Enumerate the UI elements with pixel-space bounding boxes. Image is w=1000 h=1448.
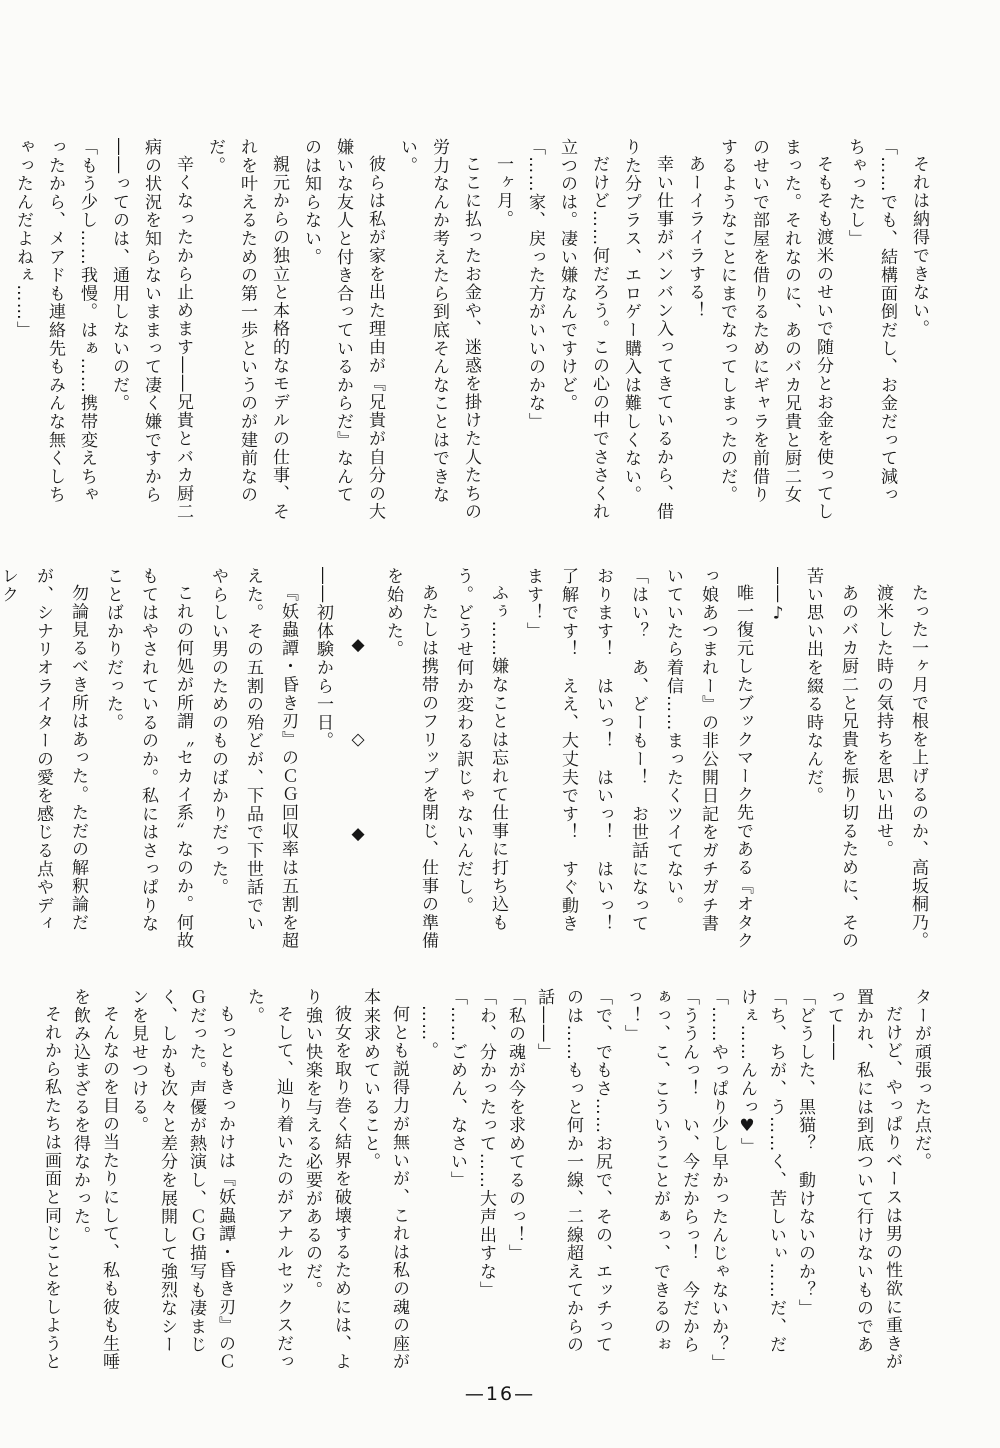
text-band-bottom: ターが頑張った点だ。 だけど、やっぱりベースは男の性欲に重きが置かれ、私には到底…	[47, 988, 935, 1372]
narration-line: 何とも説得力が無いが、これは私の魂の座が本来求めていること。	[355, 988, 413, 1372]
dialogue-line: 「ううんっ！ い、今だからっ！ 今だからぁっ、こ、こういうことがぁっ、できるのぉ…	[616, 988, 703, 1372]
dialogue-line: 「もう少し……我慢。はぁ……携帯変えちゃったから、メアドも連絡先もみんな無くしち…	[7, 138, 103, 522]
narration-line: だけど……何だろう。この心の中でささくれ立つのは。凄い嫌なんですけど。	[551, 138, 615, 522]
narration-line: 辛くなったから止めます――兄貴とバカ厨二病の状況を知らないままって凄く嫌ですから…	[103, 138, 199, 522]
narration-line: ――初体験から一日。	[305, 567, 340, 951]
narration-line: そもそも渡米のせいで随分とお金を使ってしまった。それなのに、あのバカ兄貴と厨二女…	[711, 138, 839, 522]
text-band-middle: たった一ヶ月で根を上げるのか、高坂桐乃。 渡米した時の気持ちを思い出せ。 あのバ…	[49, 567, 935, 951]
narration-line: あのバカ厨二と兄貴を振り切るために、その苦い思い出を綴る時なんだ。	[795, 567, 865, 951]
narration-line: ここに払ったお金や、迷惑を掛けた人たちの労力なんか考えたら到底そんなことはできな…	[391, 138, 487, 522]
dialogue-line: 「……ごめん、なさい」	[442, 988, 471, 1372]
narration-line: ふぅ……嫌なことは忘れて仕事に打ち込もう。どうせ何か変わる訳じゃないんだし。	[445, 567, 515, 951]
narration-line: そんなのを目の当たりにして、私も彼も生唾を飲み込まざるを得なかった。	[65, 988, 123, 1372]
narration-line: 彼らは私が家を出た理由が『兄貴が自分の大嫌いな友人と付き合っているからだ』なんて…	[295, 138, 391, 522]
narration-line: それは納得できない。	[903, 138, 935, 522]
doujin-text-page: { "colors": { "background": "#fbfbf9", "…	[0, 0, 1000, 1448]
dialogue-line: 「わ、分かったって……大声出すな」	[471, 988, 500, 1372]
narration-line: たった一ヶ月で根を上げるのか、高坂桐乃。	[900, 567, 935, 951]
dialogue-line: 「どうした、黒猫？ 動けないのか？」	[790, 988, 819, 1372]
text-band-top: それは納得できない。 「……でも、結構面倒だし、お金だって減っちゃったし」 そも…	[53, 138, 935, 522]
page-number: —16—	[465, 1383, 535, 1405]
diamond-section-divider: ◆ ◇ ◆	[340, 567, 375, 951]
dialogue-line: 「で、でもさ……お尻で、その、エッチってのは……もっと何か一線、二線超えてからの…	[529, 988, 616, 1372]
narration-line: 唯一復元したブックマーク先である『オタクっ娘あつまれー』の非公開日記をガチガチ書…	[655, 567, 760, 951]
narration-line: ターが頑張った点だ。	[906, 988, 935, 1372]
narration-line: 彼女を取り巻く結界を破壊するためには、より強い快楽を与える必要があるのだ。	[297, 988, 355, 1372]
narration-line: それから私たちは画面と同じことをしようと	[36, 988, 65, 1372]
narration-line: 渡米した時の気持ちを思い出せ。	[865, 567, 900, 951]
page-footer: —16—	[0, 1383, 1000, 1405]
narration-line: そして、辿り着いたのがアナルセックスだった。	[239, 988, 297, 1372]
dialogue-line: 「はい？ あ、どーもー！ お世話になっております！ はいっ！ はいっ！ はいっ！…	[515, 567, 655, 951]
narration-line: 幸い仕事がバンバン入ってきているから、借りた分プラス、エロゲー購入は難しくない。	[615, 138, 679, 522]
dialogue-line: 「……家、戻った方がいいのかな」	[519, 138, 551, 522]
narration-line: あたしは携帯のフリップを閉じ、仕事の準備を始めた。	[375, 567, 445, 951]
dialogue-line: 「私の魂が今を求めてるのっ！」	[500, 988, 529, 1372]
narration-line: 勿論見るべき所はあった。ただの解釈論だが、シナリオライターの愛を感じる点やディレ…	[0, 567, 95, 951]
narration-line: だけど、やっぱりベースは男の性欲に重きが置かれ、私には到底ついて行けないものであ…	[819, 988, 906, 1372]
narration-line: もっともきっかけは『妖蟲譚・昏き刃』のＣＧだった。声優が熱演し、ＣＧ描写も凄まじ…	[123, 988, 239, 1372]
dialogue-line: 「……でも、結構面倒だし、お金だって減っちゃったし」	[839, 138, 903, 522]
dialogue-line: 「ち、ちが、う……く、苦しいぃ……だ、だけぇ……んんっ♥」	[732, 988, 790, 1372]
narration-line: 一ヶ月。	[487, 138, 519, 522]
music-note-line: ――♪	[760, 567, 795, 951]
narration-line: あーイライラする！	[679, 138, 711, 522]
narration-line: これの何処が所謂〝セカイ系〟なのか。何故もてはやされているのか。私にはさっぱりな…	[95, 567, 200, 951]
dialogue-line: 「……やっぱり少し早かったんじゃないか？」	[703, 988, 732, 1372]
narration-line: ……。	[413, 988, 442, 1372]
narration-line: 『妖蟲譚・昏き刃』のＣＧ回収率は五割を超えた。その五割の殆どが、下品で下世話でい…	[200, 567, 305, 951]
narration-line: 親元からの独立と本格的なモデルの仕事、それを叶えるための第一歩というのが建前なの…	[199, 138, 295, 522]
